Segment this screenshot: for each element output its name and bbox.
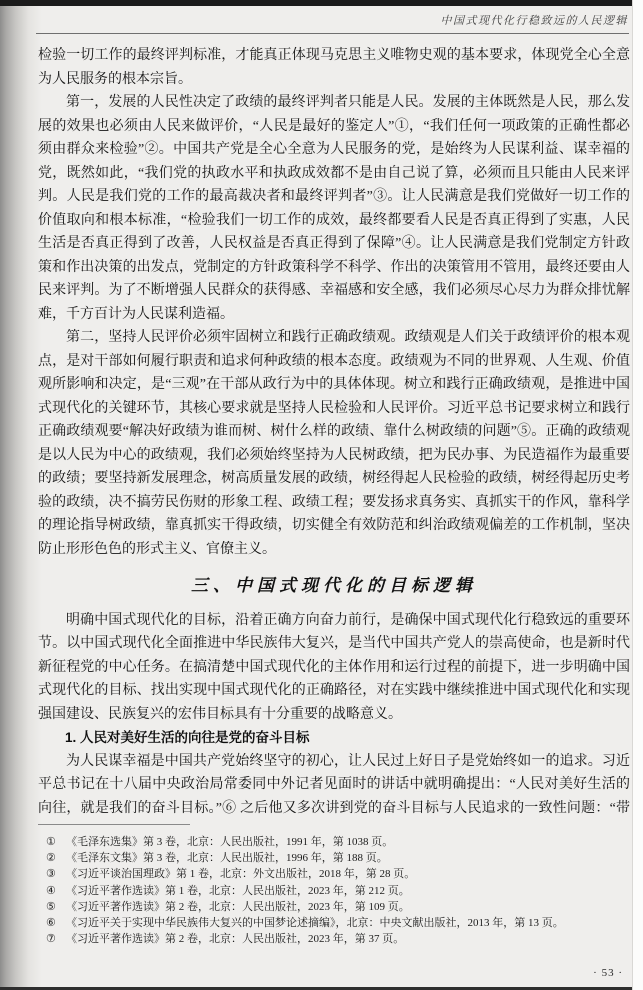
footnote-text: 《毛泽东文集》第 3 卷，北京：人民出版社，1996 年，第 188 页。 bbox=[66, 850, 629, 866]
running-header-title: 中国式现代化行稳致远的人民逻辑 bbox=[40, 12, 628, 28]
section-heading: 三、中国式现代化的目标逻辑 bbox=[38, 574, 630, 598]
scanned-book-page: 中国式现代化行稳致远的人民逻辑 检验一切工作的最终评判标准，才能真正体现马克思主… bbox=[0, 0, 643, 990]
footnote: ① 《毛泽东选集》第 3 卷，北京：人民出版社，1991 年，第 1038 页。 bbox=[38, 834, 629, 850]
footnote: ⑦ 《习近平著作选读》第 2 卷，北京：人民出版社，2023 年，第 37 页。 bbox=[38, 931, 629, 947]
scan-gutter-shadow bbox=[0, 0, 42, 990]
footnote-text: 《习近平著作选读》第 1 卷，北京：人民出版社，2023 年，第 212 页。 bbox=[66, 883, 629, 899]
body-paragraph-second-point: 第二，坚持人民评价必须牢固树立和践行正确政绩观。政绩观是人们关于政绩评价的根本观… bbox=[38, 326, 630, 561]
body-paragraph-first-point: 第一，发展的人民性决定了政绩的最终评判者只能是人民。发展的主体既然是人民，那么发… bbox=[38, 91, 630, 326]
body-paragraph-intro: 明确中国式现代化的目标，沿着正确方向奋力前行，是确保中国式现代化行稳致远的重要环… bbox=[38, 609, 630, 727]
footnote: ⑤ 《习近平著作选读》第 2 卷，北京：人民出版社，2023 年，第 109 页… bbox=[38, 899, 629, 915]
footnote-text: 《毛泽东选集》第 3 卷，北京：人民出版社，1991 年，第 1038 页。 bbox=[66, 834, 629, 850]
footnote-marker: ② bbox=[46, 850, 66, 866]
header-divider bbox=[36, 33, 629, 34]
footnote: ④ 《习近平著作选读》第 1 卷，北京：人民出版社，2023 年，第 212 页… bbox=[38, 883, 629, 899]
subsection-heading: 1. 人民对美好生活的向往是党的奋斗目标 bbox=[38, 726, 630, 750]
page-number: · 53 · bbox=[593, 967, 623, 979]
footnote-text: 《习近平关于实现中华民族伟大复兴的中国梦论述摘编》，北京：中央文献出版社，201… bbox=[66, 915, 629, 931]
footnote-marker: ③ bbox=[46, 866, 66, 882]
footnote-list: ① 《毛泽东选集》第 3 卷，北京：人民出版社，1991 年，第 1038 页。… bbox=[38, 834, 629, 947]
footnote: ⑥ 《习近平关于实现中华民族伟大复兴的中国梦论述摘编》，北京：中央文献出版社，2… bbox=[38, 915, 629, 931]
footnote-text: 《习近平著作选读》第 2 卷，北京：人民出版社，2023 年，第 109 页。 bbox=[66, 899, 629, 915]
body-paragraph-goal: 为人民谋幸福是中国共产党始终坚守的初心，让人民过上好日子是党始终如一的追求。习近… bbox=[38, 750, 630, 817]
footnote-text: 《习近平著作选读》第 2 卷，北京：人民出版社，2023 年，第 37 页。 bbox=[66, 931, 629, 947]
footnote-divider bbox=[38, 824, 190, 825]
footnote-text: 《习近平谈治国理政》第 1 卷，北京：外文出版社，2018 年，第 28 页。 bbox=[66, 866, 629, 882]
footnote-marker: ⑤ bbox=[46, 899, 66, 915]
footnote-marker: ① bbox=[46, 834, 66, 850]
footnote: ③ 《习近平谈治国理政》第 1 卷，北京：外文出版社，2018 年，第 28 页… bbox=[38, 866, 629, 882]
scan-top-edge bbox=[0, 0, 633, 6]
page-right-edge bbox=[632, 0, 643, 990]
footnote-marker: ⑦ bbox=[46, 931, 66, 947]
footnote-marker: ⑥ bbox=[46, 915, 66, 931]
footnote-block: ① 《毛泽东选集》第 3 卷，北京：人民出版社，1991 年，第 1038 页。… bbox=[38, 824, 629, 947]
body-paragraph-continuation: 检验一切工作的最终评判标准，才能真正体现马克思主义唯物史观的基本要求，体现党全心… bbox=[38, 44, 630, 91]
footnote: ② 《毛泽东文集》第 3 卷，北京：人民出版社，1996 年，第 188 页。 bbox=[38, 850, 629, 866]
footnote-marker: ④ bbox=[46, 883, 66, 899]
body-text: 检验一切工作的最终评判标准，才能真正体现马克思主义唯物史观的基本要求，体现党全心… bbox=[38, 44, 630, 816]
